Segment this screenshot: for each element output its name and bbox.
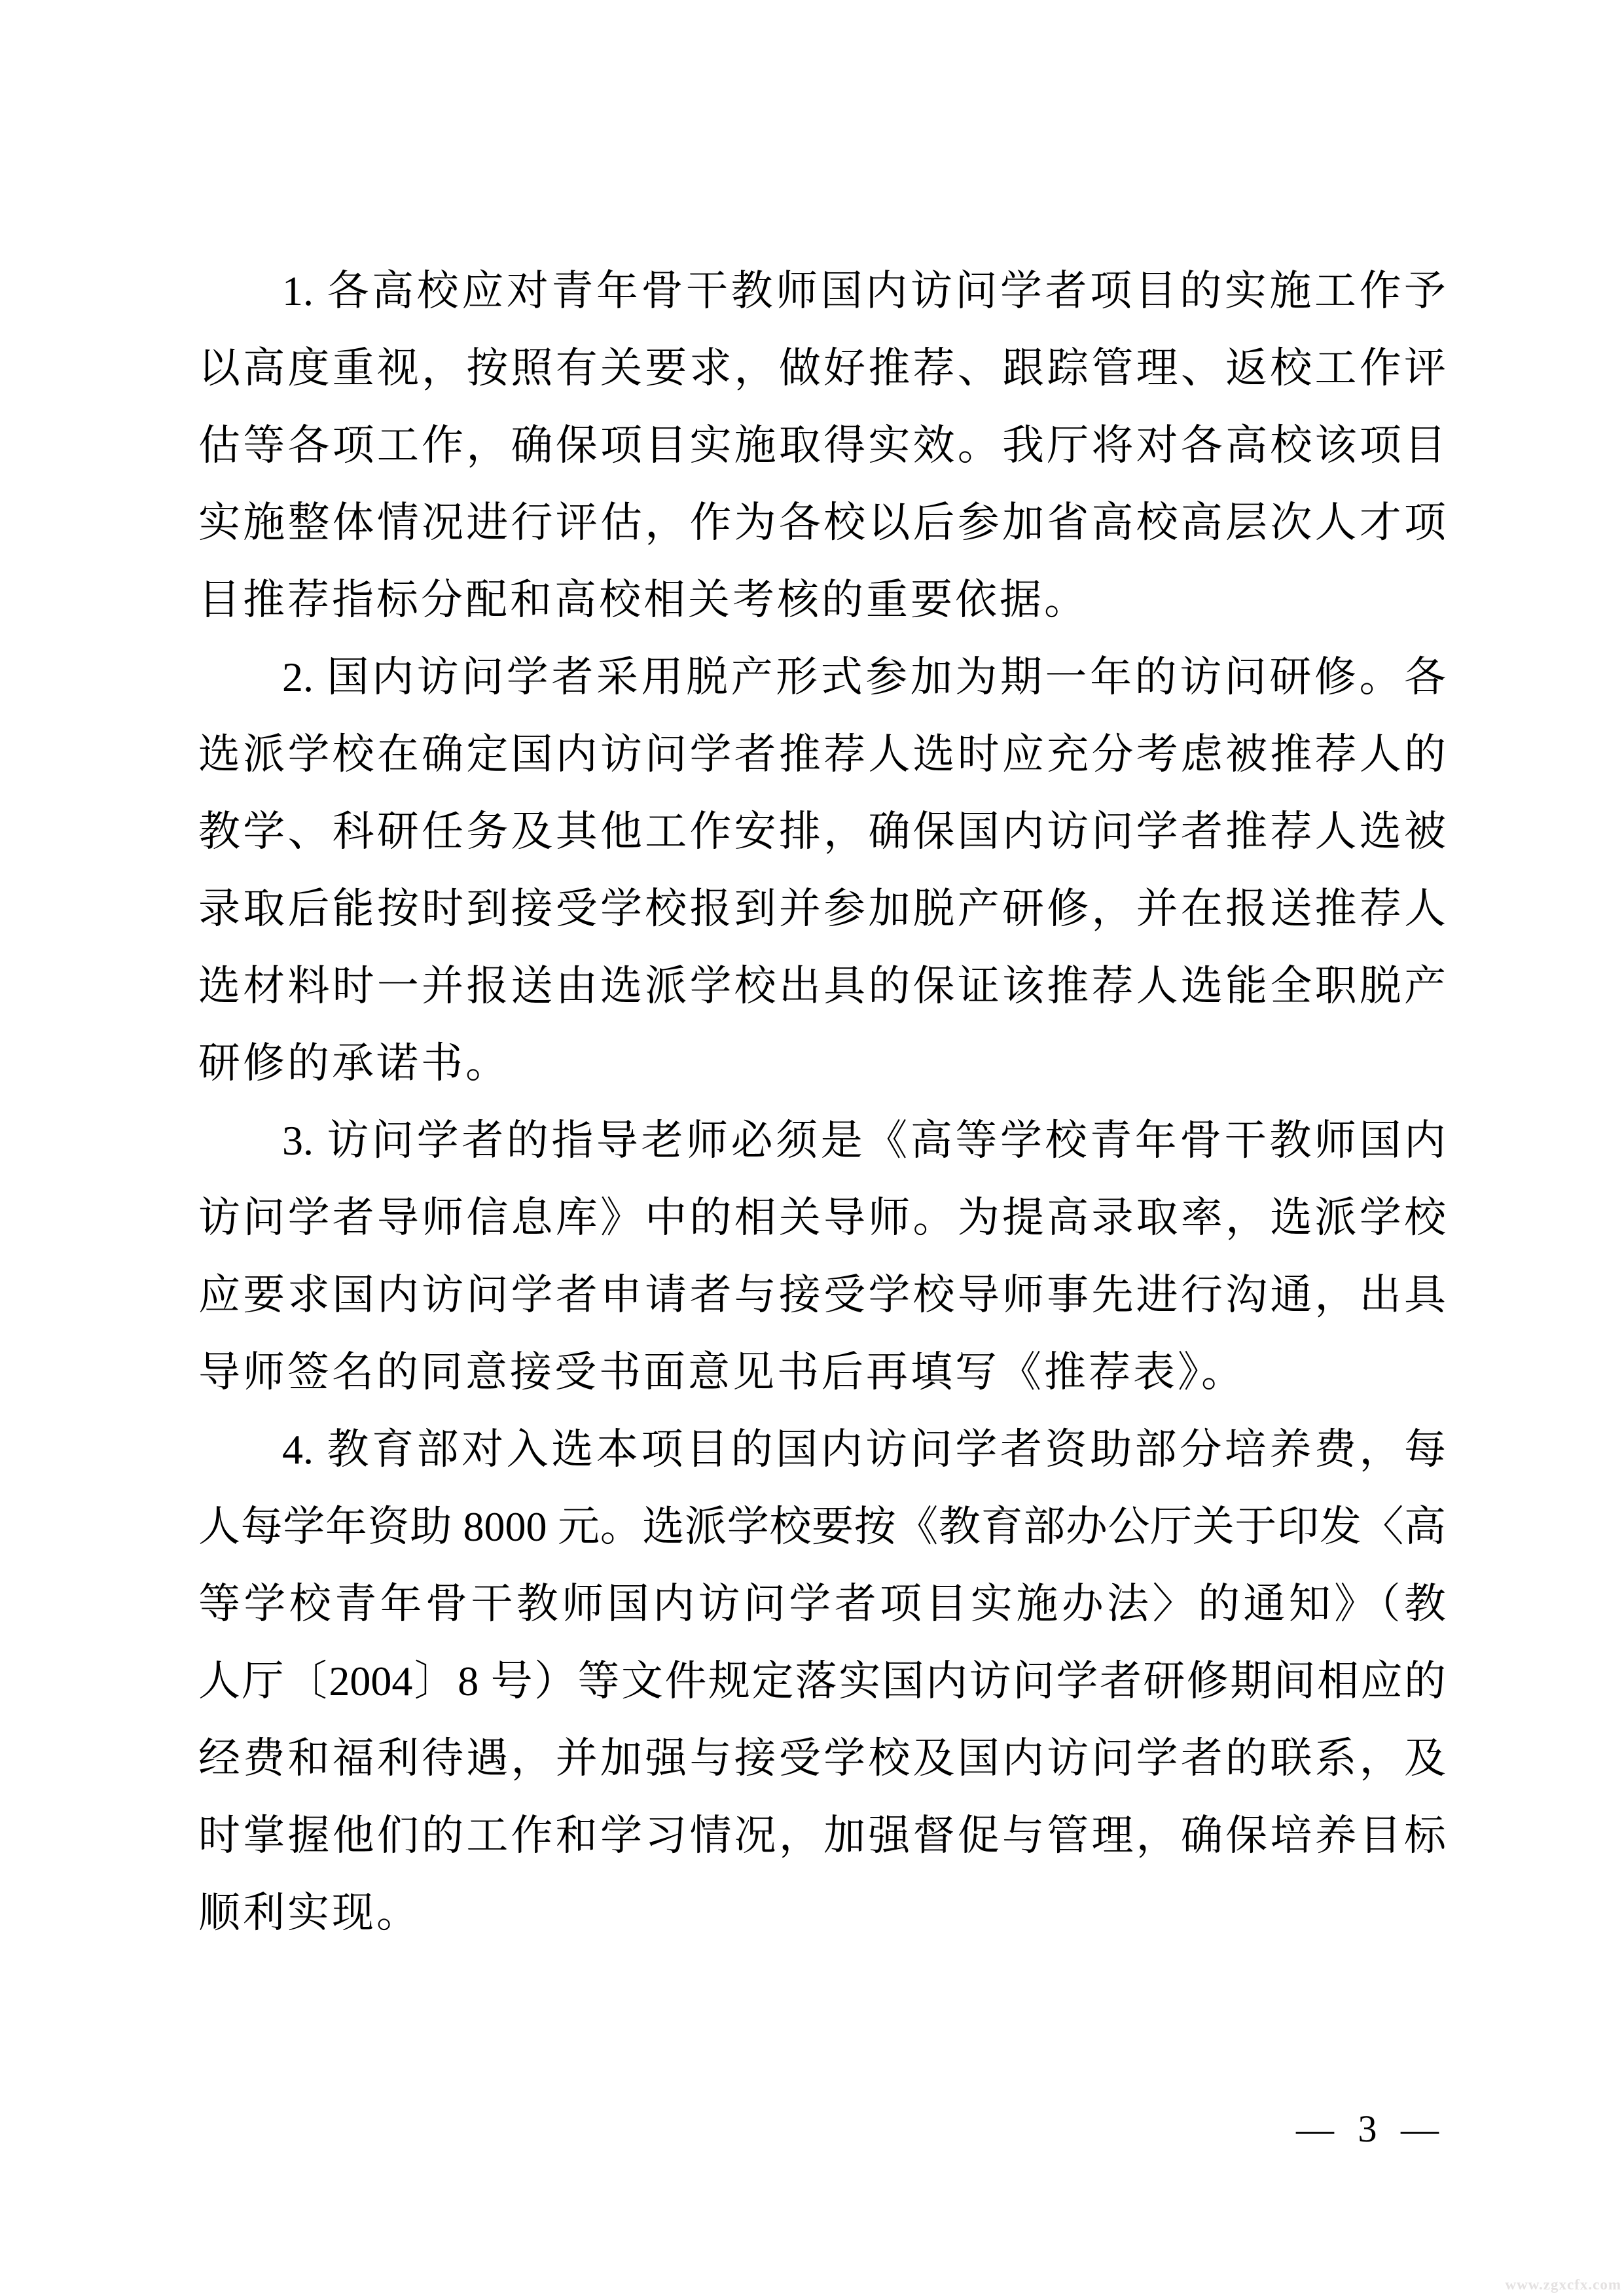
text-line: 应要求国内访问学者申请者与接受学校导师事先进行沟通，出具 [198, 1257, 1446, 1334]
paragraph-1: 1. 各高校应对青年骨干教师国内访问学者项目的实施工作予 以高度重视，按照有关要… [198, 253, 1446, 639]
text-line: 2. 国内访问学者采用脱产形式参加为期一年的访问研修。各 [198, 639, 1446, 716]
text-line: 研修的承诺书。 [198, 1025, 1446, 1102]
text-line: 经费和福利待遇，并加强与接受学校及国内访问学者的联系，及 [198, 1720, 1446, 1797]
text-line: 教学、科研任务及其他工作安排，确保国内访问学者推荐人选被 [198, 793, 1446, 870]
text-line: 实施整体情况进行评估，作为各校以后参加省高校高层次人才项 [198, 484, 1446, 562]
text-line: 1. 各高校应对青年骨干教师国内访问学者项目的实施工作予 [198, 253, 1446, 330]
text-line: 估等各项工作，确保项目实施取得实效。我厅将对各高校该项目 [198, 407, 1446, 484]
text-line: 人厅〔2004〕8 号）等文件规定落实国内访问学者研修期间相应的 [198, 1643, 1446, 1720]
text-line: 选派学校在确定国内访问学者推荐人选时应充分考虑被推荐人的 [198, 716, 1446, 793]
text-line: 录取后能按时到接受学校报到并参加脱产研修，并在报送推荐人 [198, 870, 1446, 948]
document-body: 1. 各高校应对青年骨干教师国内访问学者项目的实施工作予 以高度重视，按照有关要… [198, 253, 1446, 1952]
page-number: — 3 — [1276, 2106, 1460, 2152]
paragraph-4: 4. 教育部对入选本项目的国内访问学者资助部分培养费，每 人每学年资助 8000… [198, 1411, 1446, 1952]
text-line: 目推荐指标分配和高校相关考核的重要依据。 [198, 562, 1446, 639]
text-line: 4. 教育部对入选本项目的国内访问学者资助部分培养费，每 [198, 1411, 1446, 1488]
text-line: 以高度重视，按照有关要求，做好推荐、跟踪管理、返校工作评 [198, 330, 1446, 407]
text-line: 访问学者导师信息库》中的相关导师。为提高录取率，选派学校 [198, 1179, 1446, 1257]
text-line: 选材料时一并报送由选派学校出具的保证该推荐人选能全职脱产 [198, 948, 1446, 1025]
text-line: 人每学年资助 8000 元。选派学校要按《教育部办公厅关于印发〈高 [198, 1488, 1446, 1566]
text-line: 导师签名的同意接受书面意见书后再填写《推荐表》。 [198, 1334, 1446, 1411]
watermark: www.zgxcfx.com [1505, 2276, 1621, 2293]
text-line: 时掌握他们的工作和学习情况，加强督促与管理，确保培养目标 [198, 1797, 1446, 1874]
text-line: 等学校青年骨干教师国内访问学者项目实施办法〉的通知》（教 [198, 1566, 1446, 1643]
paragraph-3: 3. 访问学者的指导老师必须是《高等学校青年骨干教师国内 访问学者导师信息库》中… [198, 1102, 1446, 1411]
text-line: 3. 访问学者的指导老师必须是《高等学校青年骨干教师国内 [198, 1102, 1446, 1179]
text-line: 顺利实现。 [198, 1874, 1446, 1952]
document-page: 1. 各高校应对青年骨干教师国内访问学者项目的实施工作予 以高度重视，按照有关要… [0, 0, 1624, 2296]
paragraph-2: 2. 国内访问学者采用脱产形式参加为期一年的访问研修。各 选派学校在确定国内访问… [198, 639, 1446, 1102]
